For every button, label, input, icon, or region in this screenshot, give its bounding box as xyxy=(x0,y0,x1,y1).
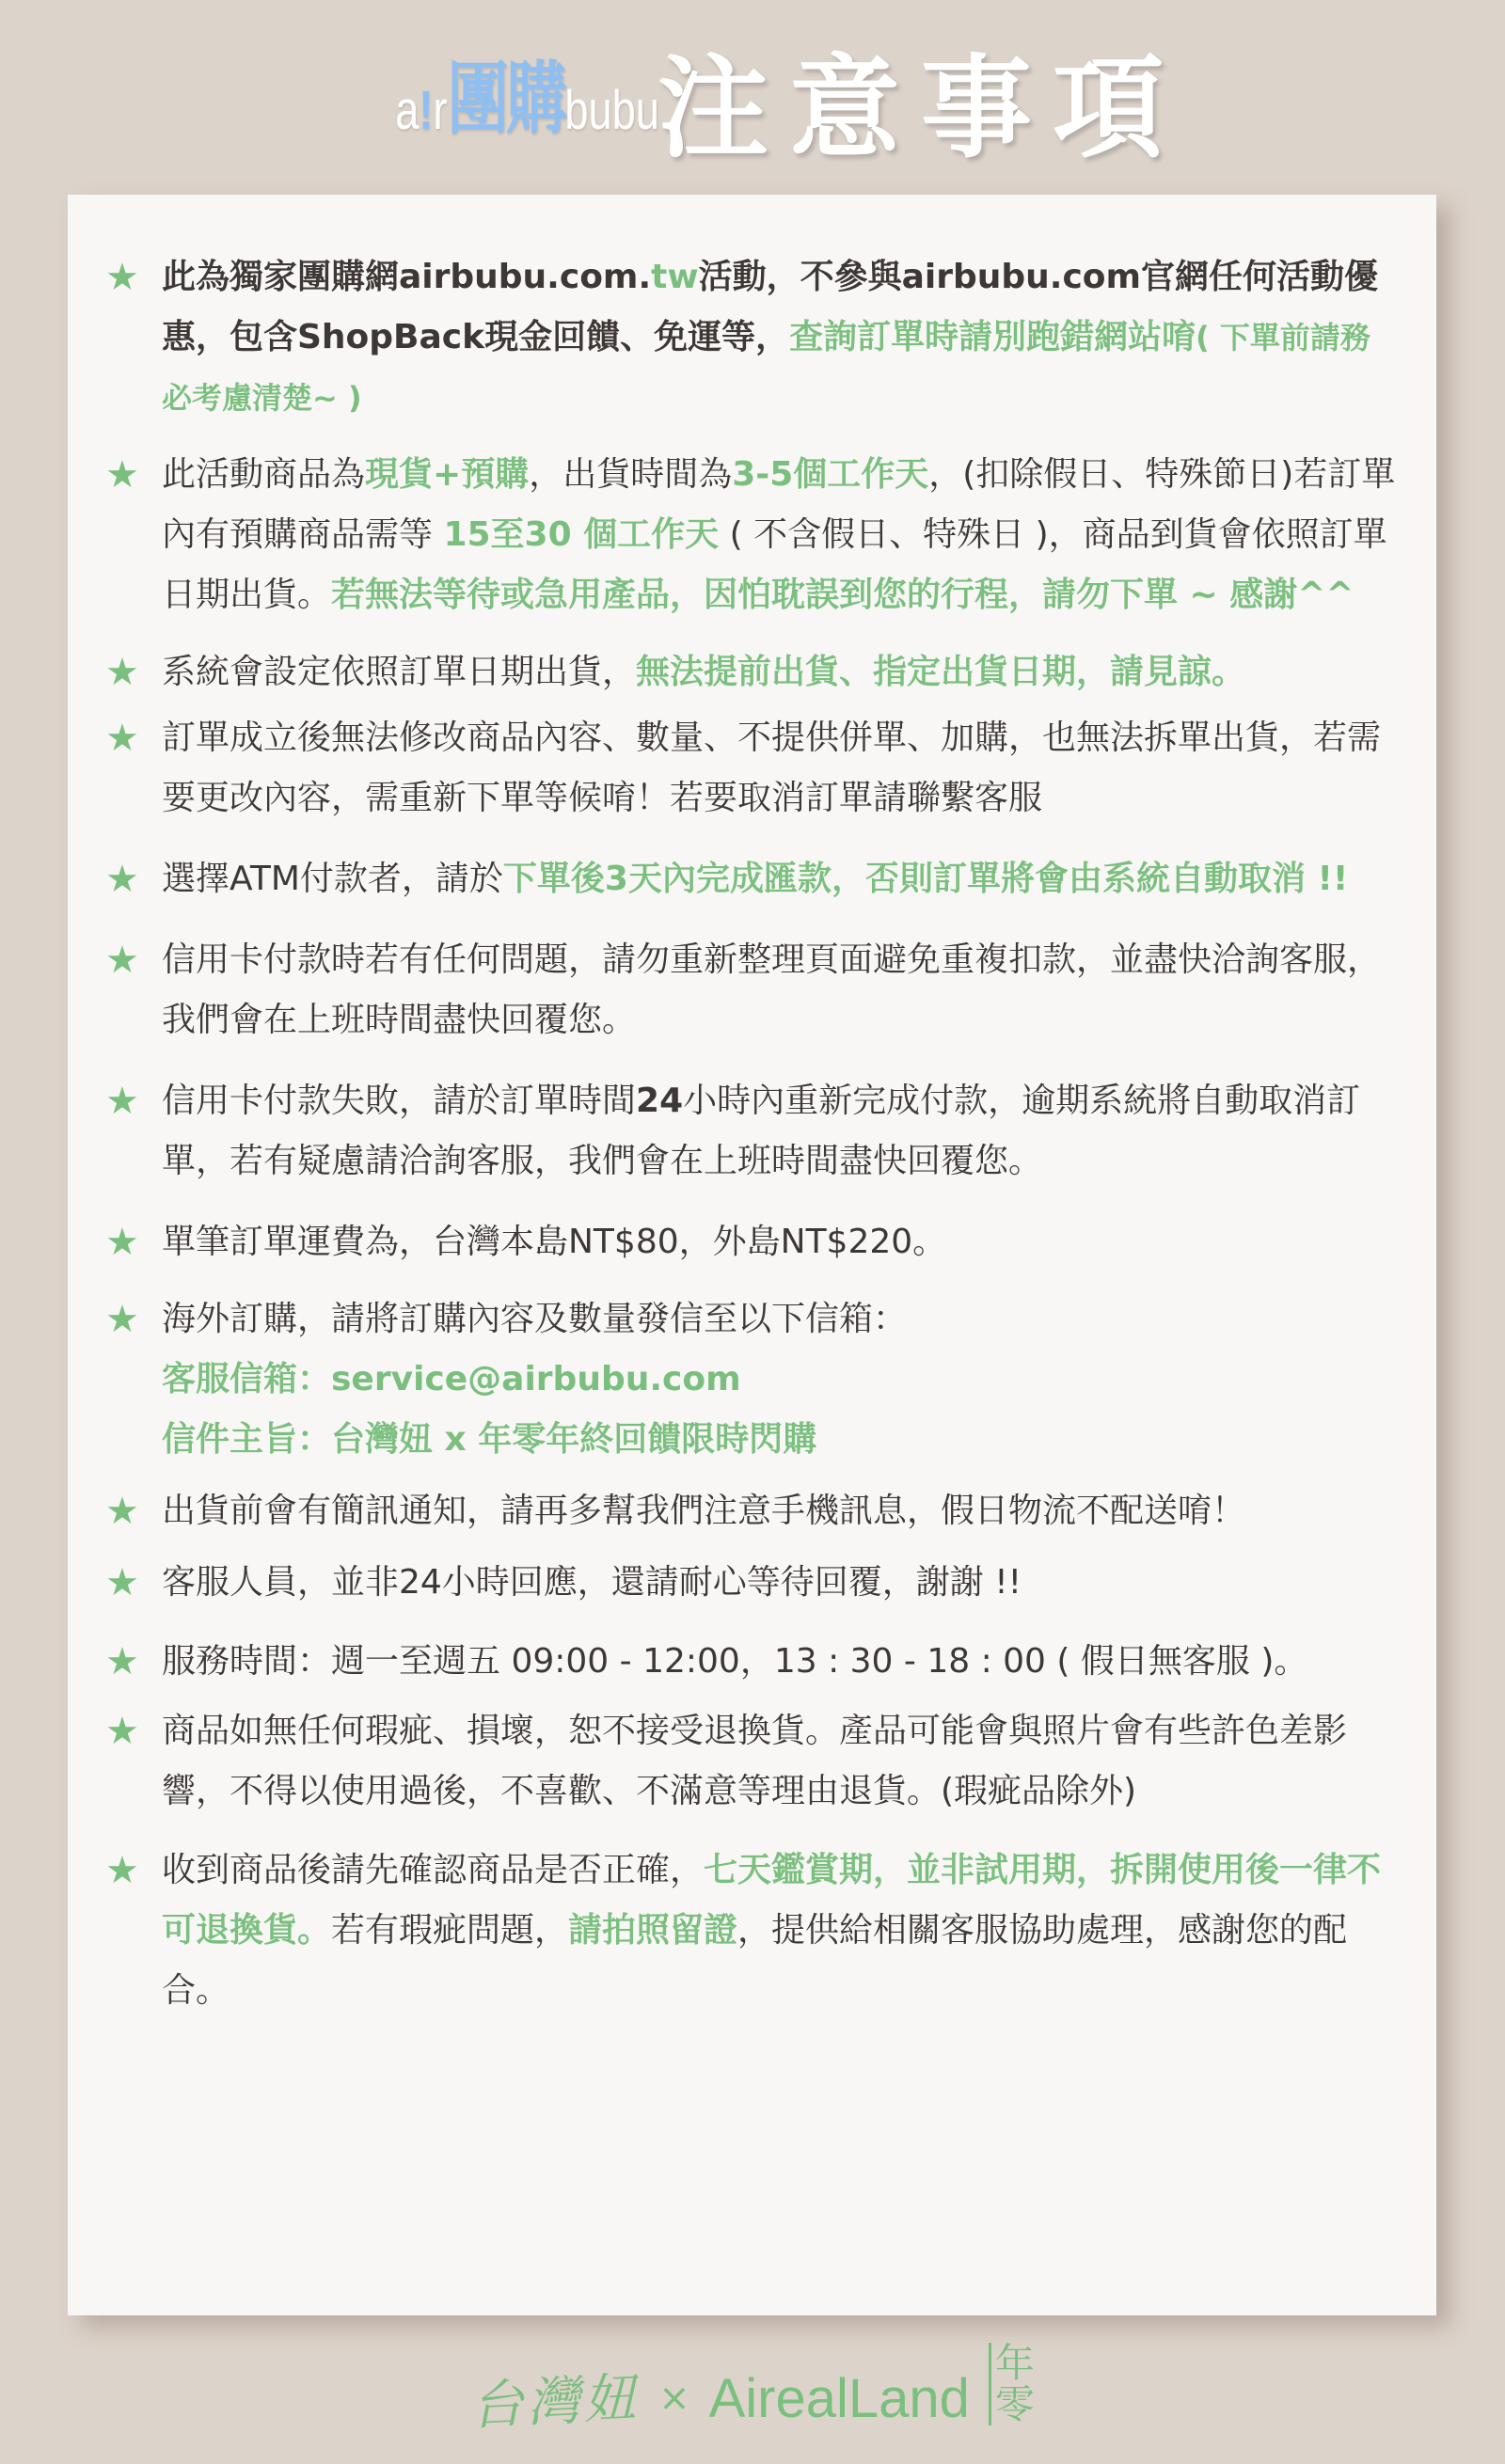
notice-card: ★此為獨家團購網airbubu.com.tw活動，不參與airbubu.com官… xyxy=(68,195,1436,2315)
logo-cjk: 團購 xyxy=(448,59,565,138)
star-icon: ★ xyxy=(105,247,139,308)
footer-separator: × xyxy=(658,2377,690,2420)
footer-handwritten-logo: 台灣妞 xyxy=(468,2356,642,2440)
notice-text: 信用卡付款時若有任何問題，請勿重新整理頁面避免重複扣款，並盡快洽詢客服，我們會在… xyxy=(162,940,1381,1039)
star-icon: ★ xyxy=(105,930,139,990)
notice-list: ★此為獨家團購網airbubu.com.tw活動，不參與airbubu.com官… xyxy=(105,247,1399,2021)
notice-text: 下單後3天內完成匯款，否則訂單將會由系統自動取消 !! xyxy=(503,860,1348,898)
footer-brand: AirealLand xyxy=(709,2367,970,2430)
footer-nian-top: 年 xyxy=(995,2343,1035,2384)
notice-text: 出貨前會有簡訊通知，請再多幫我們注意手機訊息，假日物流不配送唷！ xyxy=(162,1492,1245,1530)
footer-nian-logo: 年 零 xyxy=(989,2343,1035,2425)
notice-text: 若有瑕疵問題， xyxy=(331,1911,568,1950)
notice-text: ，出貨時間為 xyxy=(529,455,732,494)
notice-item: ★出貨前會有簡訊通知，請再多幫我們注意手機訊息，假日物流不配送唷！ xyxy=(105,1481,1399,1541)
notice-item: ★選擇ATM付款者，請於下單後3天內完成匯款，否則訂單將會由系統自動取消 !! xyxy=(105,849,1399,909)
notice-text: 系統會設定依照訂單日期出貨， xyxy=(162,653,636,691)
notice-text: 此為獨家團購網airbubu.com. xyxy=(162,258,651,296)
page-title: 注意事項 xyxy=(657,19,1184,179)
star-icon: ★ xyxy=(105,445,139,505)
notice-text: 查詢訂單時請別跑錯網站唷 xyxy=(789,318,1196,356)
notice-text: 24 xyxy=(636,1082,683,1120)
notice-text: 信用卡付款失敗，請於訂單時間 xyxy=(162,1082,636,1120)
notice-text: 若無法等待或急用產品，因怕耽誤到您的行程，請勿下單 ~ 感謝^^ xyxy=(331,576,1354,614)
star-icon: ★ xyxy=(105,1212,139,1272)
star-icon: ★ xyxy=(105,1481,139,1541)
notice-text: 無法提前出貨、指定出貨日期，請見諒。 xyxy=(636,653,1245,691)
notice-item: ★信用卡付款時若有任何問題，請勿重新整理頁面避免重複扣款，並盡快洽詢客服，我們會… xyxy=(105,930,1399,1050)
notice-text: 現貨+預購 xyxy=(365,455,529,494)
star-icon: ★ xyxy=(105,642,139,703)
notice-text: 單筆訂單運費為，台灣本島NT$80，外島NT$220。 xyxy=(162,1223,946,1261)
notice-item: ★此為獨家團購網airbubu.com.tw活動，不參與airbubu.com官… xyxy=(105,247,1399,428)
notice-text: 信件主旨：台灣妞 x 年零年終回饋限時閃購 xyxy=(162,1410,1399,1470)
notice-item: ★客服人員，並非24小時回應，還請耐心等待回覆，謝謝 !! xyxy=(105,1553,1399,1613)
star-icon: ★ xyxy=(105,708,139,768)
star-icon: ★ xyxy=(105,849,139,909)
notice-item: ★單筆訂單運費為，台灣本島NT$80，外島NT$220。 xyxy=(105,1212,1399,1272)
notice-item: ★海外訂購，請將訂購內容及數量發信至以下信箱：客服信箱：service@airb… xyxy=(105,1289,1399,1470)
notice-item: ★服務時間：週一至週五 09:00 - 12:00，13 : 30 - 18 :… xyxy=(105,1632,1399,1692)
notice-text: 3-5個工作天 xyxy=(732,455,928,494)
logo-i: ! xyxy=(419,84,433,138)
footer-nian-bottom: 零 xyxy=(995,2384,1035,2425)
logo-a: a xyxy=(395,84,419,138)
notice-text: 服務時間：週一至週五 09:00 - 12:00，13 : 30 - 18 : … xyxy=(162,1642,1307,1681)
logo-bubu: bubu xyxy=(564,84,659,138)
notice-item: ★此活動商品為現貨+預購，出貨時間為3-5個工作天，(扣除假日、特殊節日)若訂單… xyxy=(105,445,1399,625)
notice-item: ★信用卡付款失敗，請於訂單時間24小時內重新完成付款，逾期系統將自動取消訂單，若… xyxy=(105,1071,1399,1192)
notice-item: ★系統會設定依照訂單日期出貨，無法提前出貨、指定出貨日期，請見諒。 xyxy=(105,642,1399,703)
notice-text: 訂單成立後無法修改商品內容、數量、不提供併單、加購，也無法拆單出貨，若需要更改內… xyxy=(162,719,1381,817)
airbubu-logo: a ! r 團購 bubu xyxy=(395,59,659,138)
star-icon: ★ xyxy=(105,1289,139,1350)
notice-text: 選擇ATM付款者，請於 xyxy=(162,860,503,898)
notice-item: ★訂單成立後無法修改商品內容、數量、不提供併單、加購，也無法拆單出貨，若需要更改… xyxy=(105,708,1399,829)
notice-text: 海外訂購，請將訂購內容及數量發信至以下信箱： xyxy=(162,1300,907,1338)
star-icon: ★ xyxy=(105,1840,139,1901)
notice-text: 15至30 個工作天 xyxy=(443,515,719,554)
notice-text: 此活動商品為 xyxy=(162,455,365,494)
star-icon: ★ xyxy=(105,1071,139,1131)
notice-text: 商品如無任何瑕疵、損壞，恕不接受退換貨。產品可能會與照片會有些許色差影響，不得以… xyxy=(162,1712,1347,1810)
notice-text: 客服人員，並非24小時回應，還請耐心等待回覆，謝謝 !! xyxy=(162,1563,1022,1602)
notice-text: tw xyxy=(651,258,698,296)
logo-r: r xyxy=(433,84,447,138)
notice-text: 請拍照留證 xyxy=(568,1911,737,1950)
notice-text: 客服信箱：service@airbubu.com xyxy=(162,1350,1399,1410)
notice-item: ★商品如無任何瑕疵、損壞，恕不接受退換貨。產品可能會與照片會有些許色差影響，不得… xyxy=(105,1701,1399,1822)
star-icon: ★ xyxy=(105,1701,139,1761)
footer-logo: 台灣妞 × AirealLand 年 零 xyxy=(0,2332,1505,2464)
notice-text: 收到商品後請先確認商品是否正確， xyxy=(162,1851,704,1889)
star-icon: ★ xyxy=(105,1632,139,1692)
notice-item: ★收到商品後請先確認商品是否正確，七天鑑賞期，並非試用期，拆開使用後一律不可退換… xyxy=(105,1840,1399,2021)
page-header: a ! r 團購 bubu 注意事項 xyxy=(0,28,1505,169)
star-icon: ★ xyxy=(105,1553,139,1613)
